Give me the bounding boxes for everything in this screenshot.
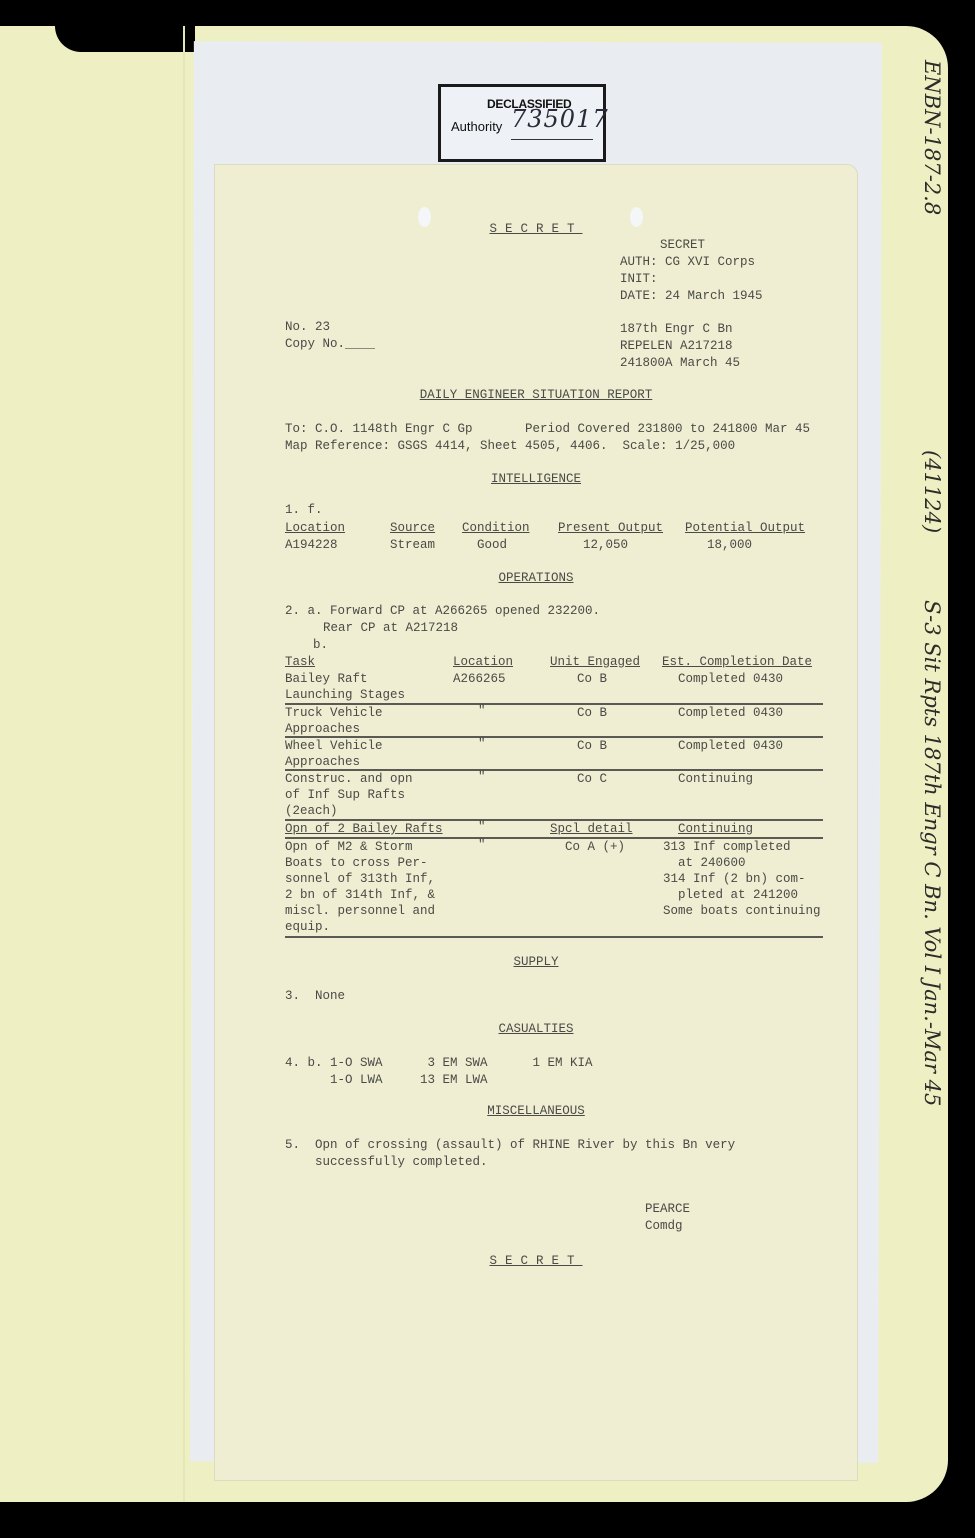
ops-row4-location: " <box>478 769 486 785</box>
ops-row2-completion: Completed 0430 <box>678 705 783 721</box>
ops-row5-unit: Spcl detail <box>550 821 633 837</box>
ops-row4-task: Construc. and opn of Inf Sup Rafts (2eac… <box>285 771 413 819</box>
ops-row2-location: " <box>478 703 486 719</box>
intel-present-output: 12,050 <box>583 537 628 553</box>
ops-row6-unit: Co A (+) <box>565 839 625 855</box>
intel-location: A194228 <box>285 537 338 553</box>
auth-classification: SECRET <box>660 237 705 253</box>
ops-row1-location: A266265 <box>453 671 506 687</box>
ops-row5-completion: Continuing <box>678 821 753 837</box>
bottom-classification: SECRET <box>215 1253 857 1269</box>
init-line: INIT: <box>620 271 658 287</box>
report-number: No. 23 <box>285 319 330 335</box>
to-line: To: C.O. 1148th Engr C Gp <box>285 421 473 437</box>
ops-row4-unit: Co C <box>577 771 607 787</box>
folder-tab-cutout <box>55 26 195 52</box>
copy-number: Copy No.____ <box>285 336 375 352</box>
auth-line: AUTH: CG XVI Corps <box>620 254 755 270</box>
intel-col-potential-output: Potential Output <box>685 520 805 536</box>
signature-name: PEARCE <box>645 1201 690 1217</box>
origin-dtg: 241800A March 45 <box>620 355 740 371</box>
ops-row2-task: Truck Vehicle Approaches <box>285 705 383 737</box>
intel-condition: Good <box>477 537 507 553</box>
intel-source: Stream <box>390 537 435 553</box>
folder-crease <box>183 26 185 1502</box>
authority-label: Authority <box>451 119 502 134</box>
ops-row6-task: Opn of M2 & Storm Boats to cross Per- so… <box>285 839 435 935</box>
intelligence-heading: INTELLIGENCE <box>215 471 857 487</box>
operations-rear-cp: Rear CP at A217218 <box>323 620 458 636</box>
declassified-stamp: DECLASSIFIED Authority 735017 <box>438 84 606 162</box>
authority-number: 735017 <box>511 105 609 133</box>
intel-col-location: Location <box>285 520 345 536</box>
intel-col-source: Source <box>390 520 435 536</box>
misc-line2: successfully completed. <box>285 1154 488 1170</box>
authority-underline <box>511 139 593 140</box>
ops-row5-location: " <box>478 819 486 835</box>
ops-row1-task: Bailey Raft Launching Stages <box>285 671 405 703</box>
ops-col-location: Location <box>453 654 513 670</box>
signature-title: Comdg <box>645 1218 683 1234</box>
intelligence-item: 1. f. <box>285 502 323 518</box>
supply-text: 3. None <box>285 988 345 1004</box>
origin-location: REPELEN A217218 <box>620 338 733 354</box>
operations-item-b: b. <box>313 637 328 653</box>
ops-row2-unit: Co B <box>577 705 607 721</box>
period-covered: Period Covered 231800 to 241800 Mar 45 <box>525 421 810 437</box>
ops-row5-task: Opn of 2 Bailey Rafts <box>285 821 443 837</box>
origin-unit: 187th Engr C Bn <box>620 321 733 337</box>
ops-col-unit: Unit Engaged <box>550 654 640 670</box>
ops-row3-location: " <box>478 736 486 752</box>
supply-heading: SUPPLY <box>215 954 857 970</box>
casualties-heading: CASUALTIES <box>215 1021 857 1037</box>
intel-col-present-output: Present Output <box>558 520 663 536</box>
table-bottom-rule <box>285 936 823 938</box>
handwritten-box-number: (41124) <box>920 450 944 533</box>
report-title: DAILY ENGINEER SITUATION REPORT <box>215 387 857 403</box>
ops-row3-unit: Co B <box>577 738 607 754</box>
ops-row6-location: " <box>478 837 486 853</box>
folder-handwritten-label: ENBN-187-2.8 (41124) S-3 Sit Rpts 187th … <box>908 60 948 1480</box>
misc-line1: 5. Opn of crossing (assault) of RHINE Ri… <box>285 1137 735 1153</box>
top-classification: SECRET <box>215 221 857 237</box>
ops-col-completion: Est. Completion Date <box>662 654 812 670</box>
handwritten-description: S-3 Sit Rpts 187th Engr C Bn. Vol I Jan.… <box>920 600 944 1106</box>
operations-item-a: 2. a. Forward CP at A266265 opened 23220… <box>285 603 600 619</box>
ops-row6-completion: 313 Inf completed at 240600 314 Inf (2 b… <box>663 839 821 919</box>
situation-report-page: SECRET SECRET AUTH: CG XVI Corps INIT: D… <box>215 165 857 1480</box>
ops-col-task: Task <box>285 654 315 670</box>
casualties-line1: 4. b. 1-O SWA 3 EM SWA 1 EM KIA <box>285 1055 593 1071</box>
intel-col-condition: Condition <box>462 520 530 536</box>
ops-row4-completion: Continuing <box>678 771 753 787</box>
date-line: DATE: 24 March 1945 <box>620 288 763 304</box>
miscellaneous-heading: MISCELLANEOUS <box>215 1103 857 1119</box>
map-reference: Map Reference: GSGS 4414, Sheet 4505, 44… <box>285 438 735 454</box>
ops-row1-completion: Completed 0430 <box>678 671 783 687</box>
ops-row3-completion: Completed 0430 <box>678 738 783 754</box>
casualties-line2: 1-O LWA 13 EM LWA <box>285 1072 488 1088</box>
operations-heading: OPERATIONS <box>215 570 857 586</box>
ops-row3-task: Wheel Vehicle Approaches <box>285 738 383 770</box>
intel-potential-output: 18,000 <box>707 537 752 553</box>
ops-row1-unit: Co B <box>577 671 607 687</box>
handwritten-file-code: ENBN-187-2.8 <box>920 60 944 215</box>
